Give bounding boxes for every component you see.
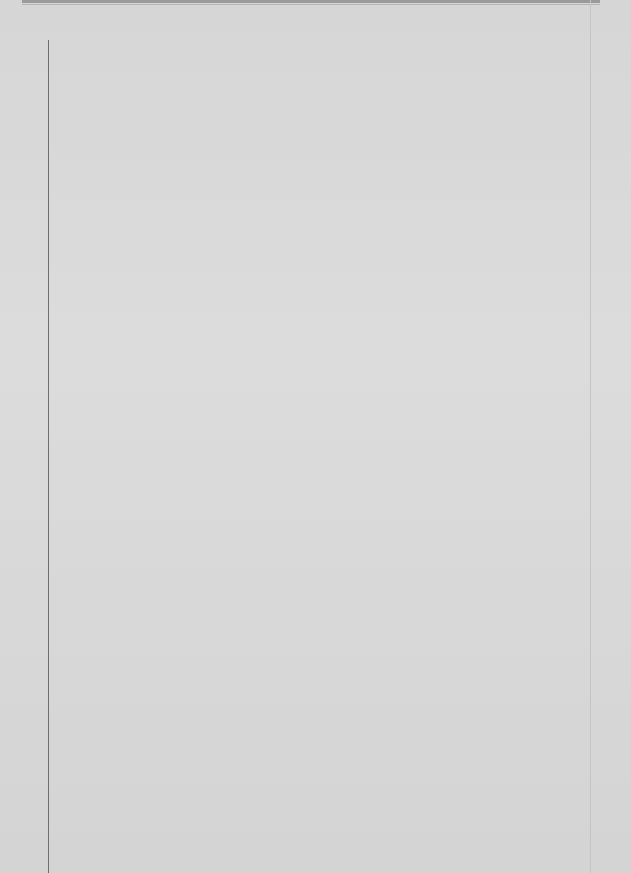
civil-register-page [0, 0, 631, 873]
page-top-border [22, 0, 600, 3]
right-margin-rule [590, 0, 591, 873]
left-margin-rule [48, 40, 49, 873]
page-top-border-secondary [22, 4, 600, 5]
